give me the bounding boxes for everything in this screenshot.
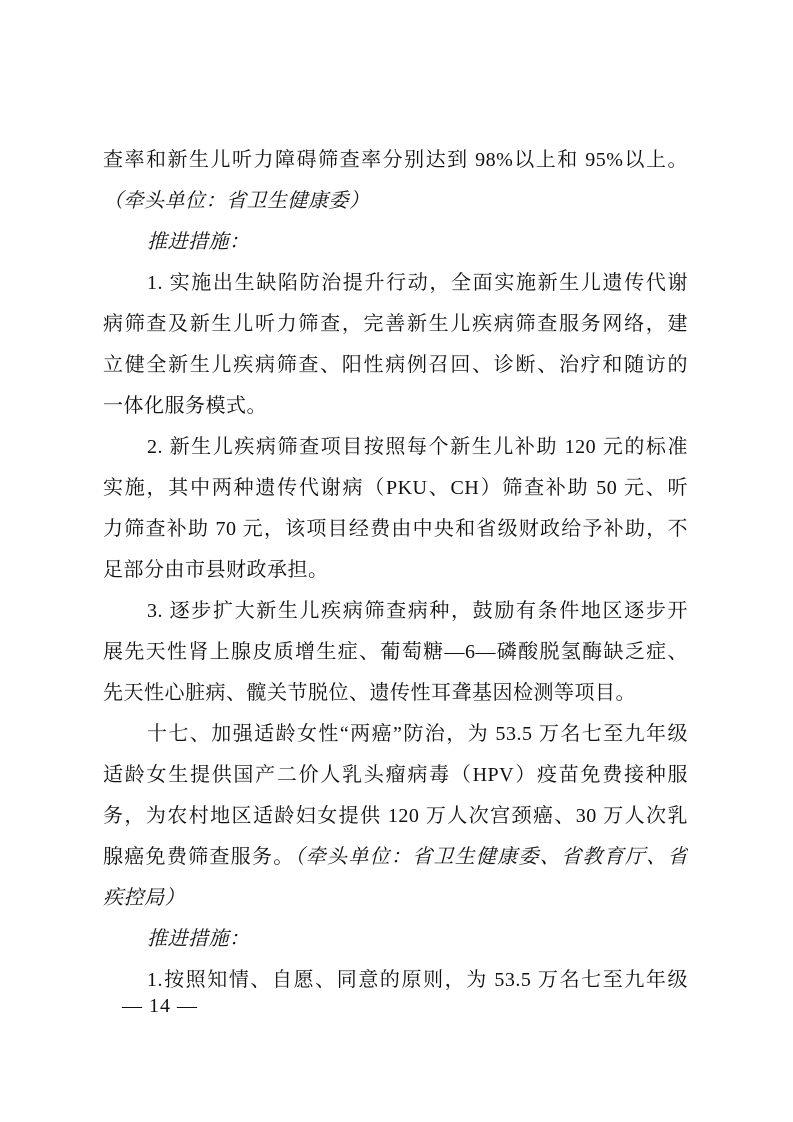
text-line: 疾控局）	[103, 878, 688, 919]
text-run: 1. 实施出生缺陷防治提升行动，全面实施新生儿遗传代谢	[147, 272, 688, 294]
text-run: 查率和新生儿听力障碍筛查率分别达到 98%以上和 95%以上。	[103, 149, 688, 171]
text-run: 实施，其中两种遗传代谢病（PKU、CH）筛查补助 50 元、听	[103, 477, 688, 499]
text-line: 先天性心脏病、髋关节脱位、遗传性耳聋基因检测等项目。	[103, 673, 688, 714]
text-run: 立健全新生儿疾病筛查、阳性病例召回、诊断、治疗和随访的	[103, 354, 688, 376]
text-run: 适龄女生提供国产二价人乳头瘤病毒（HPV）疫苗免费接种服	[103, 764, 688, 786]
text-line: 适龄女生提供国产二价人乳头瘤病毒（HPV）疫苗免费接种服	[103, 755, 688, 796]
text-line: 2. 新生儿疾病筛查项目按照每个新生儿补助 120 元的标准	[103, 427, 688, 468]
text-line: （牵头单位：省卫生健康委）	[103, 181, 688, 222]
text-line: 展先天性肾上腺皮质增生症、葡萄糖—6—磷酸脱氢酶缺乏症、	[103, 632, 688, 673]
text-run: 务，为农村地区适龄妇女提供 120 万人次宫颈癌、30 万人次乳	[103, 805, 688, 827]
text-line: 推进措施：	[103, 222, 688, 263]
text-run: 2. 新生儿疾病筛查项目按照每个新生儿补助 120 元的标准	[147, 436, 688, 458]
text-run: 腺癌免费筛查服务。	[103, 846, 295, 868]
text-line: 查率和新生儿听力障碍筛查率分别达到 98%以上和 95%以上。	[103, 140, 688, 181]
text-line: 力筛查补助 70 元，该项目经费由中央和省级财政给予补助，不	[103, 509, 688, 550]
text-line: 十七、加强适龄女性“两癌”防治，为 53.5 万名七至九年级	[103, 714, 688, 755]
text-run: 疾控局）	[103, 887, 185, 909]
text-run: （牵头单位：省卫生健康委、省教育厅、省	[295, 846, 689, 868]
text-line: 一体化服务模式。	[103, 386, 688, 427]
text-run: 展先天性肾上腺皮质增生症、葡萄糖—6—磷酸脱氢酶缺乏症、	[103, 641, 688, 663]
text-run: 力筛查补助 70 元，该项目经费由中央和省级财政给予补助，不	[103, 518, 688, 540]
text-run: 3. 逐步扩大新生儿疾病筛查病种，鼓励有条件地区逐步开	[147, 600, 688, 622]
page-footer: — 14 —	[122, 995, 198, 1019]
text-run: 十七、加强适龄女性“两癌”防治，为 53.5 万名七至九年级	[147, 723, 688, 745]
text-run: 推进措施：	[147, 231, 250, 253]
text-line: 实施，其中两种遗传代谢病（PKU、CH）筛查补助 50 元、听	[103, 468, 688, 509]
text-line: 病筛查及新生儿听力筛查，完善新生儿疾病筛查服务网络，建	[103, 304, 688, 345]
text-run: 一体化服务模式。	[103, 395, 267, 417]
text-line: 1. 实施出生缺陷防治提升行动，全面实施新生儿遗传代谢	[103, 263, 688, 304]
text-run: 推进措施：	[147, 928, 250, 950]
text-run: 足部分由市县财政承担。	[103, 559, 329, 581]
text-run: 病筛查及新生儿听力筛查，完善新生儿疾病筛查服务网络，建	[103, 313, 688, 335]
page-number: — 14 —	[122, 995, 198, 1017]
text-line: 推进措施：	[103, 919, 688, 960]
text-run: 1.按照知情、自愿、同意的原则，为 53.5 万名七至九年级	[147, 969, 688, 991]
text-line: 务，为农村地区适龄妇女提供 120 万人次宫颈癌、30 万人次乳	[103, 796, 688, 837]
document-body: 查率和新生儿听力障碍筛查率分别达到 98%以上和 95%以上。（牵头单位：省卫生…	[103, 140, 688, 1001]
text-line: 腺癌免费筛查服务。（牵头单位：省卫生健康委、省教育厅、省	[103, 837, 688, 878]
text-run: 先天性心脏病、髋关节脱位、遗传性耳聋基因检测等项目。	[103, 682, 636, 704]
text-line: 足部分由市县财政承担。	[103, 550, 688, 591]
document-page: 查率和新生儿听力障碍筛查率分别达到 98%以上和 95%以上。（牵头单位：省卫生…	[0, 0, 793, 1122]
text-line: 3. 逐步扩大新生儿疾病筛查病种，鼓励有条件地区逐步开	[103, 591, 688, 632]
text-line: 立健全新生儿疾病筛查、阳性病例召回、诊断、治疗和随访的	[103, 345, 688, 386]
text-run: （牵头单位：省卫生健康委）	[103, 190, 370, 212]
